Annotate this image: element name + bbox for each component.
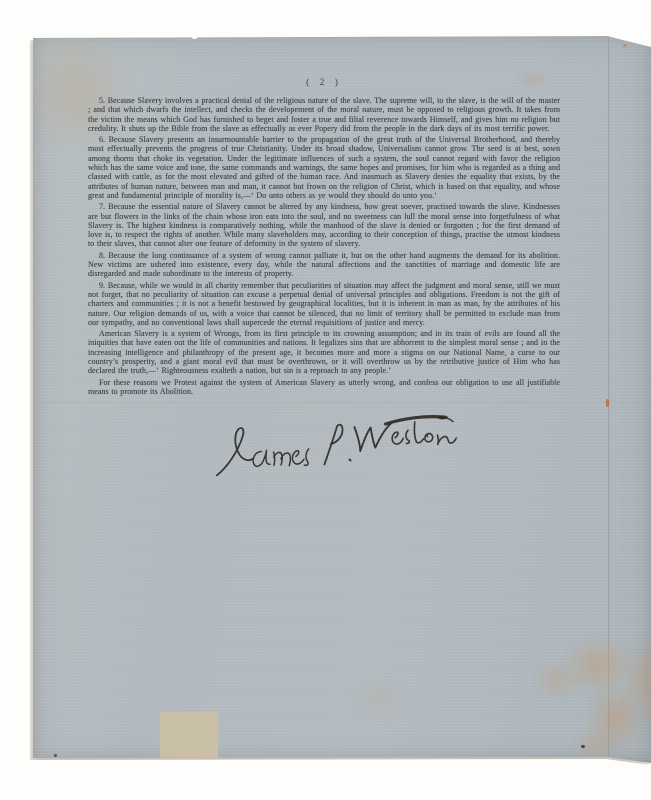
paragraph-8: 8. Because the long continuance of a sys…: [88, 251, 560, 279]
mount-residue-patch: [160, 712, 218, 759]
paragraph-protest: For these reasons we Protest against the…: [88, 378, 560, 397]
paper-speck: [623, 44, 627, 47]
ink-speck: [581, 745, 585, 748]
horizontal-fold-crease: [33, 402, 651, 404]
text-block: 5. Because Slavery involves a practical …: [88, 96, 560, 398]
paragraph-5: 5. Because Slavery involves a practical …: [88, 96, 560, 133]
paragraph-6: 6. Because Slavery presents an insurmoun…: [88, 135, 560, 200]
page-number: ( 2 ): [88, 78, 560, 88]
signature-handwriting: James P. Weston: [210, 412, 458, 487]
scan-background: ( 2 ) 5. Because Slavery involves a prac…: [0, 0, 651, 800]
foxing-stain: [585, 684, 645, 754]
foxing-stain: [351, 676, 411, 722]
ink-speck: [54, 754, 57, 757]
paragraph-summary: American Slavery is a system of Wrongs, …: [88, 329, 560, 375]
foxing-stain: [533, 661, 579, 701]
edge-chip: [191, 35, 198, 39]
fold-intersection-mark: [606, 399, 609, 407]
document-page: ( 2 ) 5. Because Slavery involves a prac…: [33, 36, 651, 763]
foxing-stain: [561, 634, 635, 696]
foxing-stain: [621, 636, 651, 726]
paragraph-9: 9. Because, while we would in all charit…: [88, 281, 560, 327]
paragraph-7: 7. Because the essential nature of Slave…: [88, 202, 560, 248]
